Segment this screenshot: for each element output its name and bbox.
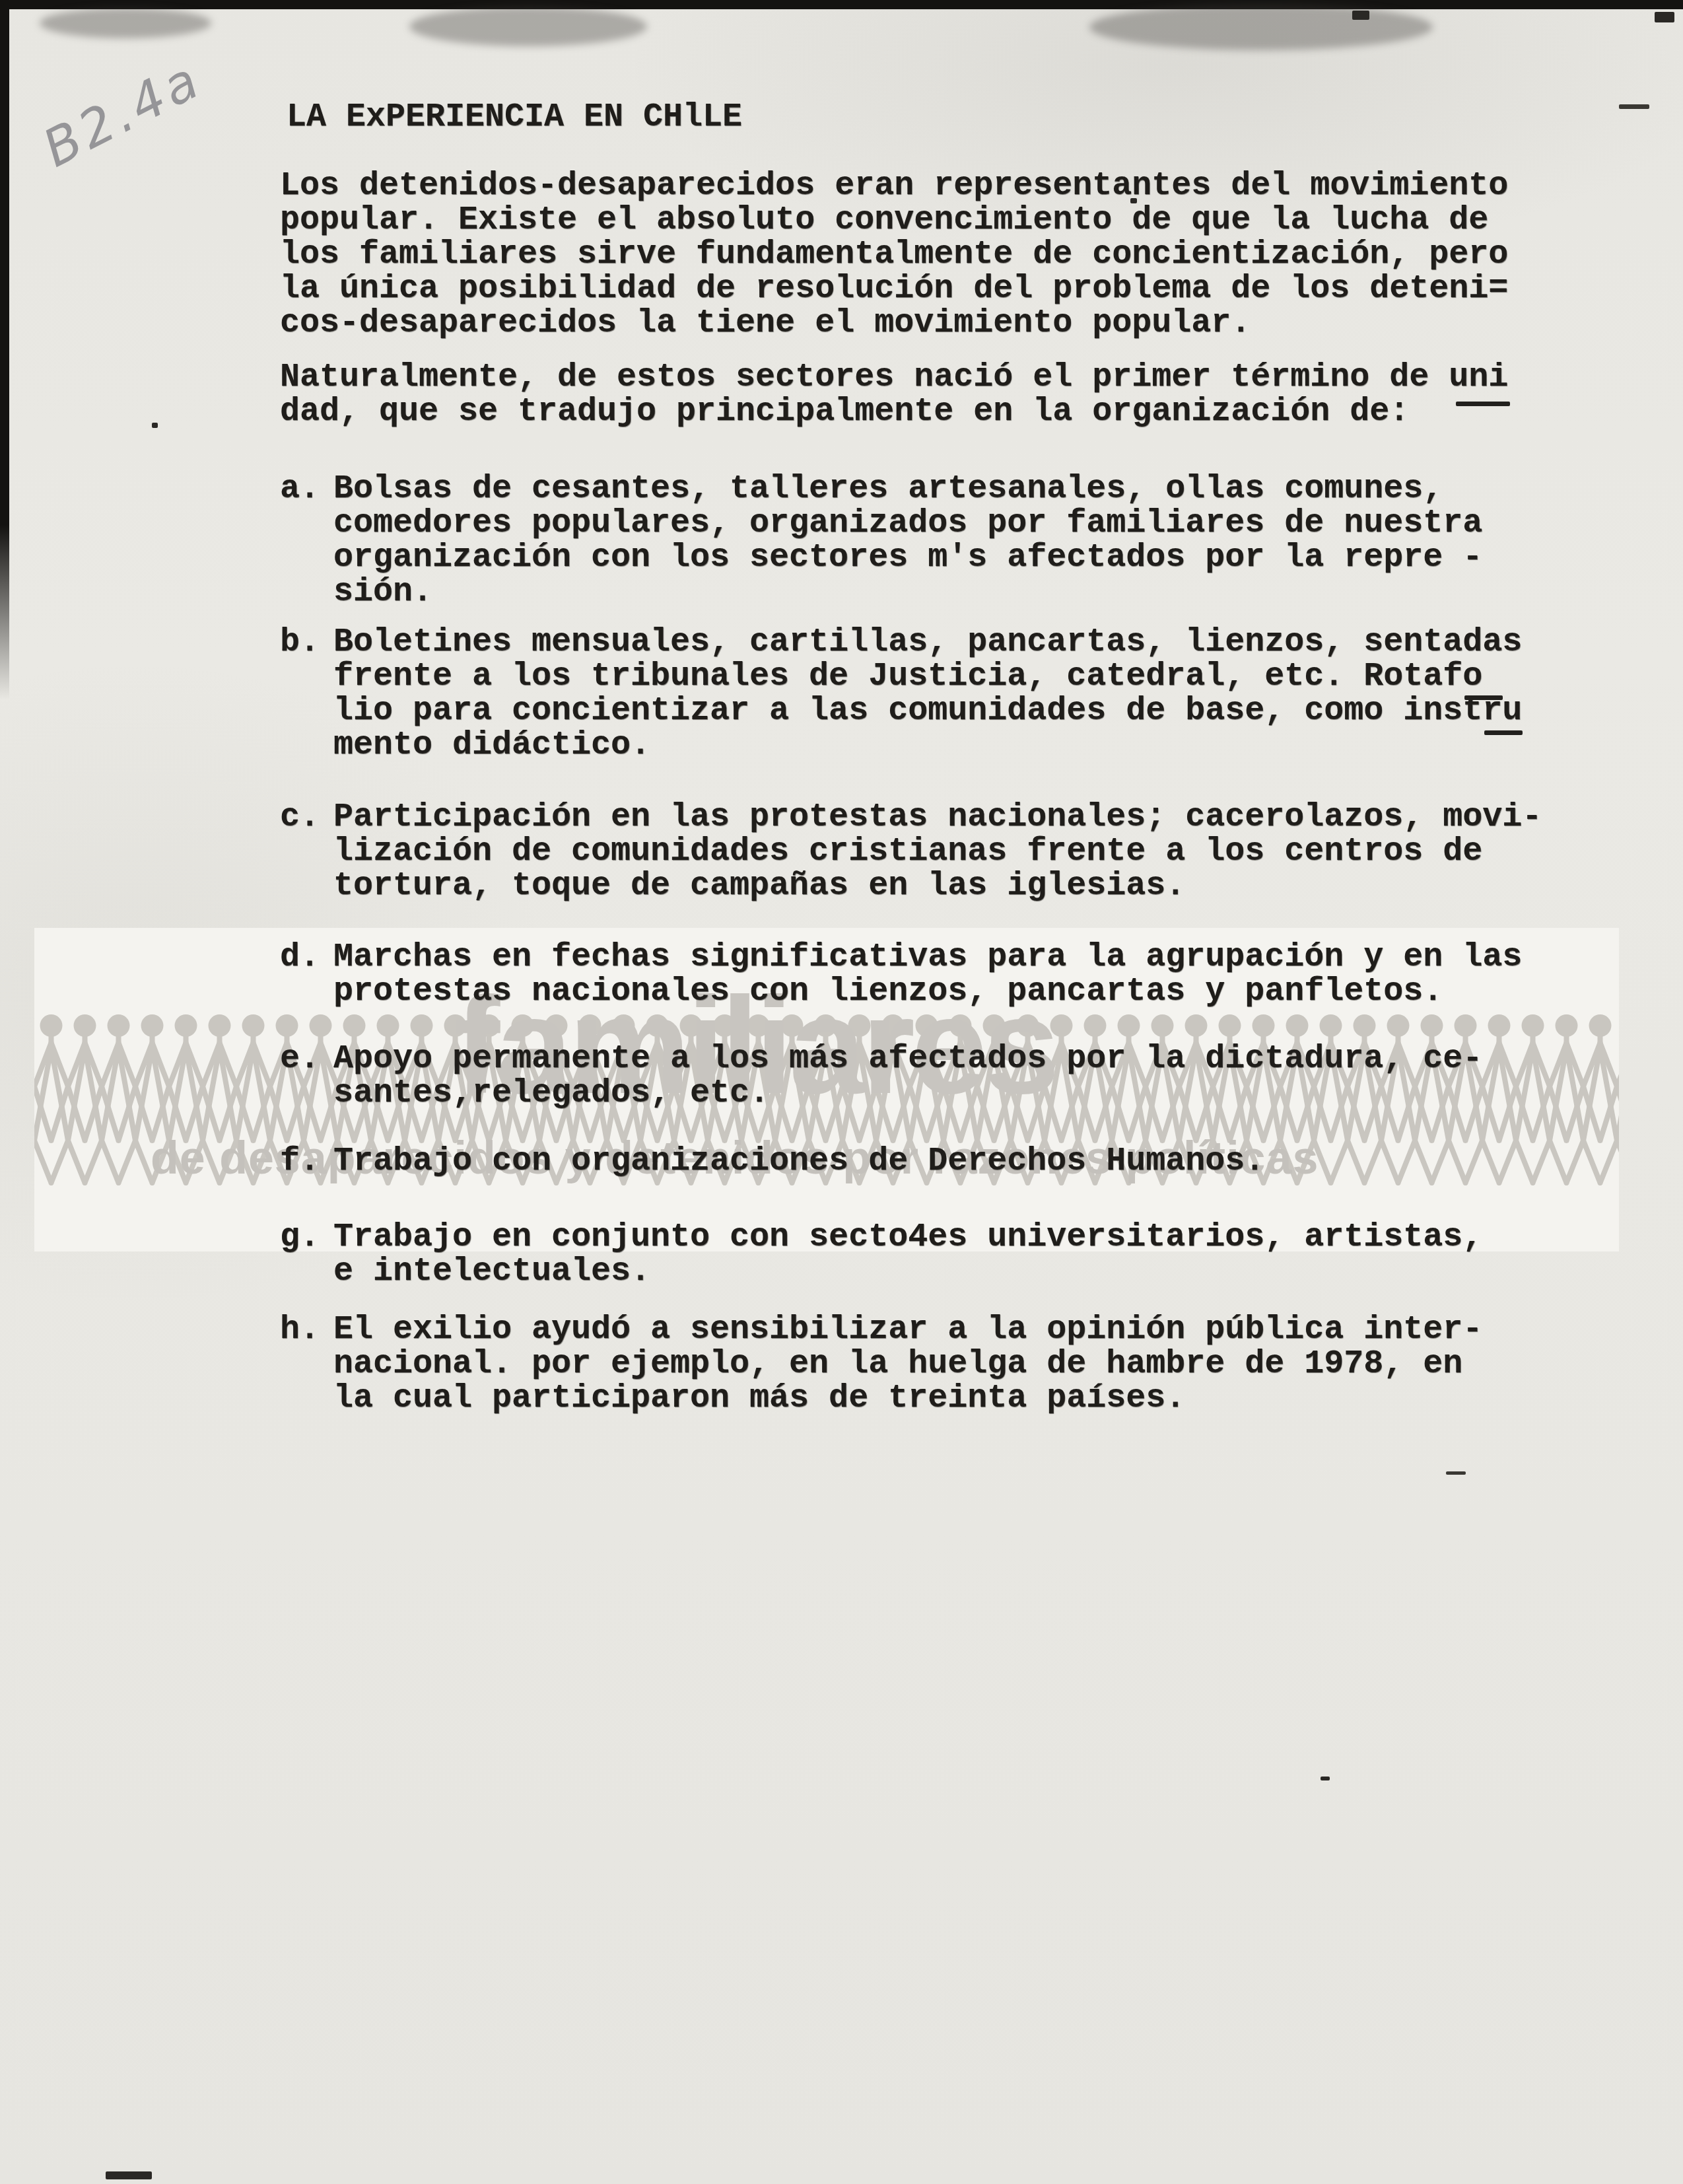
list-item-e: e. Apoyo permanente a los más afectados … <box>280 1042 1482 1111</box>
list-letter: d. <box>280 940 333 1009</box>
list-text: Participación en las protestas nacionale… <box>333 800 1542 903</box>
list-item-a: a. Bolsas de cesantes, talleres artesana… <box>280 472 1482 610</box>
list-text: Bolsas de cesantes, talleres artesanales… <box>333 472 1482 610</box>
typed-underline <box>1464 695 1503 700</box>
list-item-d: d. Marchas en fechas significativas para… <box>280 940 1522 1009</box>
paragraph-naturalmente: Naturalmente, de estos sectores nació el… <box>280 361 1508 429</box>
pencil-annotation: B2.4a <box>34 50 211 179</box>
margin-dash <box>1446 1471 1466 1475</box>
scan-smudge <box>1089 4 1433 50</box>
scanned-document-page: familiares de desaparecidos y detenidos … <box>0 0 1683 2184</box>
typed-underline <box>1484 730 1523 735</box>
typed-underline <box>1456 402 1510 406</box>
list-letter: c. <box>280 800 333 903</box>
list-text: Apoyo permanente a los más afectados por… <box>333 1042 1482 1111</box>
list-letter: e. <box>280 1042 333 1111</box>
scan-edge-left <box>0 0 9 700</box>
list-letter: a. <box>280 472 333 610</box>
scan-speck <box>152 423 158 428</box>
scan-speck <box>1130 198 1137 203</box>
list-letter: g. <box>280 1220 333 1289</box>
paragraph-intro: Los detenidos-desaparecidos eran represe… <box>280 169 1508 341</box>
scan-smudge <box>409 7 647 46</box>
scan-edge-top <box>0 0 1683 9</box>
list-item-g: g. Trabajo en conjunto con secto4es univ… <box>280 1220 1482 1289</box>
list-text: Boletines mensuales, cartillas, pancarta… <box>333 625 1522 763</box>
list-text: Trabajo con organizaciones de Derechos H… <box>333 1145 1264 1179</box>
list-text: El exilio ayudó a sensibilizar a la opin… <box>333 1313 1482 1416</box>
list-item-c: c. Participación en las protestas nacion… <box>280 800 1542 903</box>
list-text: Marchas en fechas significativas para la… <box>333 940 1522 1009</box>
list-item-b: b. Boletines mensuales, cartillas, panca… <box>280 625 1522 763</box>
scan-speck <box>106 2171 152 2179</box>
list-letter: h. <box>280 1313 333 1416</box>
margin-dash <box>1619 104 1649 109</box>
scan-smudge <box>40 8 211 38</box>
scan-speck <box>1321 1777 1330 1780</box>
list-item-f: f. Trabajo con organizaciones de Derecho… <box>280 1145 1264 1179</box>
list-letter: b. <box>280 625 333 763</box>
list-text: Trabajo en conjunto con secto4es univers… <box>333 1220 1482 1289</box>
list-item-h: h. El exilio ayudó a sensibilizar a la o… <box>280 1313 1482 1416</box>
list-letter: f. <box>280 1145 333 1179</box>
scan-speck <box>1352 11 1369 20</box>
scan-speck <box>1655 12 1674 22</box>
document-title: LA ExPERIENCIA EN CHlLE <box>287 100 742 135</box>
